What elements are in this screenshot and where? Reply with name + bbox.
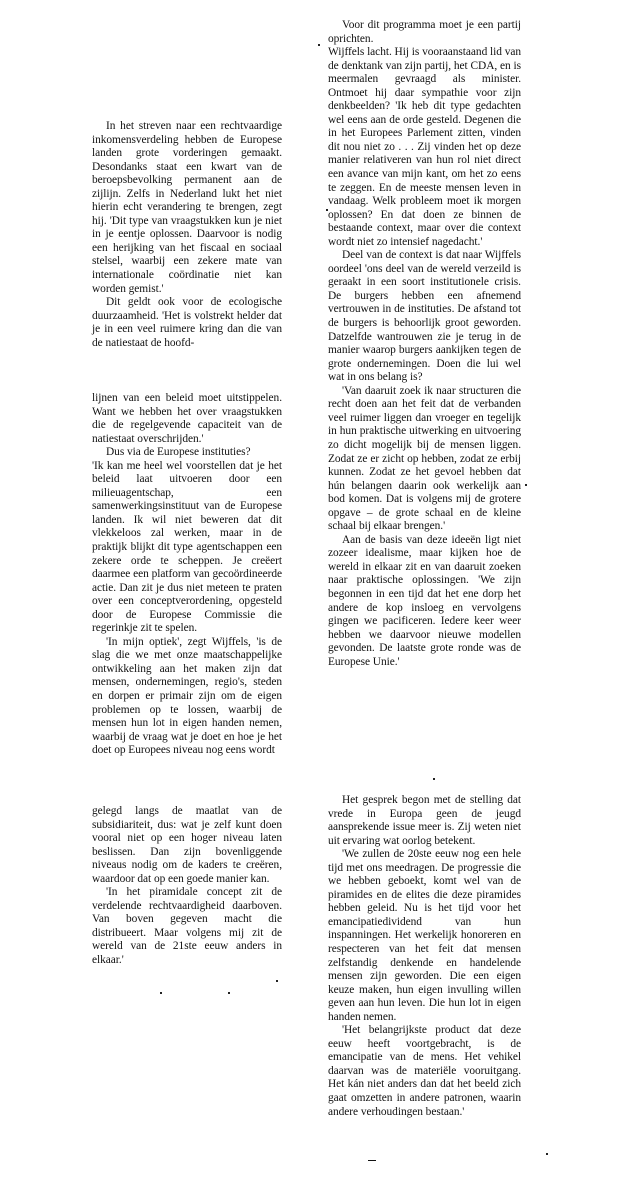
paragraph: lijnen van een beleid moet uitstippelen.… — [92, 392, 282, 446]
paragraph: gelegd langs de maatlat van de subsidiar… — [92, 805, 282, 886]
paragraph: 'In het piramidale concept zit de verdel… — [92, 886, 282, 967]
left-column-block-a: In het streven naar een rechtvaardige in… — [92, 120, 282, 350]
paragraph: Aan de basis van deze ideeën ligt niet z… — [328, 534, 521, 669]
end-of-article-dash — [368, 1160, 376, 1161]
paragraph: 'Van daaruit zoek ik naar structuren die… — [328, 385, 521, 534]
left-column-block-b: lijnen van een beleid moet uitstippelen.… — [92, 392, 282, 758]
paragraph: Dit geldt ook voor de ecologische duurza… — [92, 296, 282, 350]
paragraph: Wijffels lacht. Hij is vooraanstaand lid… — [328, 46, 521, 249]
paragraph: Deel van de context is dat naar Wijffels… — [328, 249, 521, 384]
paragraph: 'In mijn optiek', zegt Wijffels, 'is de … — [92, 636, 282, 758]
scan-speck — [326, 209, 328, 211]
right-column-block-b: Het gesprek begon met de stelling dat vr… — [328, 794, 521, 1119]
scan-speck — [160, 992, 162, 994]
paragraph: 'Ik kan me heel wel voorstellen dat je h… — [92, 460, 282, 636]
right-column-block-a: Voor dit programma moet je een partij op… — [328, 19, 521, 669]
scan-speck — [276, 980, 278, 982]
paragraph: In het streven naar een rechtvaardige in… — [92, 120, 282, 296]
scan-speck — [228, 992, 230, 994]
paragraph: Voor dit programma moet je een partij op… — [328, 19, 521, 46]
scan-speck — [525, 484, 527, 486]
paragraph: 'Het belangrijkste product dat deze eeuw… — [328, 1024, 521, 1119]
paragraph: Dus via de Europese instituties? — [92, 446, 282, 460]
paragraph: 'We zullen de 20ste eeuw nog een hele ti… — [328, 848, 521, 1024]
scan-speck — [318, 44, 320, 46]
scan-speck — [546, 1153, 548, 1155]
scan-speck — [433, 778, 435, 780]
paragraph: Het gesprek begon met de stelling dat vr… — [328, 794, 521, 848]
left-column-block-c: gelegd langs de maatlat van de subsidiar… — [92, 805, 282, 968]
